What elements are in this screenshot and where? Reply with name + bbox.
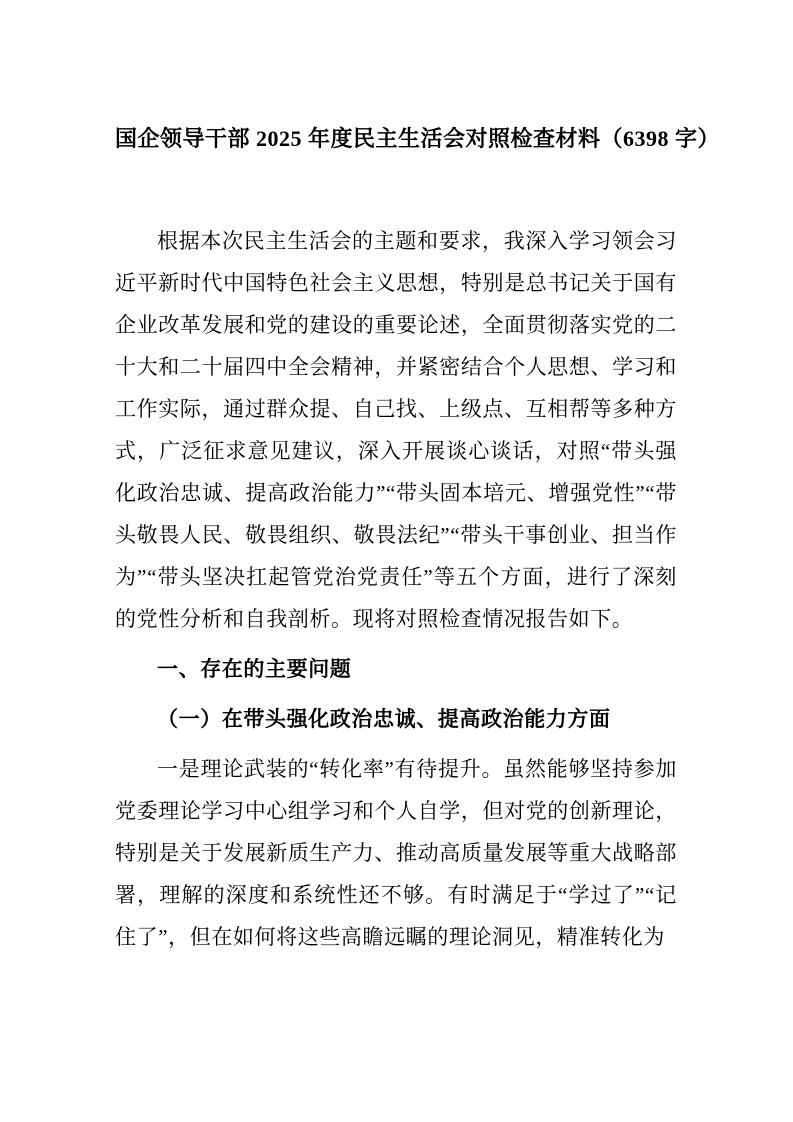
paragraph-issue-one: 一是理论武装的“转化率”有待提升。虽然能够坚持参加党委理论学习中心组学习和个人自… xyxy=(115,748,677,958)
document-page: 国企领导干部 2025 年度民主生活会对照检查材料（6398 字） 根据本次民主… xyxy=(0,0,793,1122)
heading-sub-political-loyalty: （一）在带头强化政治忠诚、提高政治能力方面 xyxy=(115,698,677,740)
document-title: 国企领导干部 2025 年度民主生活会对照检查材料（6398 字） xyxy=(115,118,677,160)
paragraph-opening: 根据本次民主生活会的主题和要求，我深入学习领会习近平新时代中国特色社会主义思想，… xyxy=(115,220,677,640)
heading-main-issues: 一、存在的主要问题 xyxy=(115,648,677,690)
